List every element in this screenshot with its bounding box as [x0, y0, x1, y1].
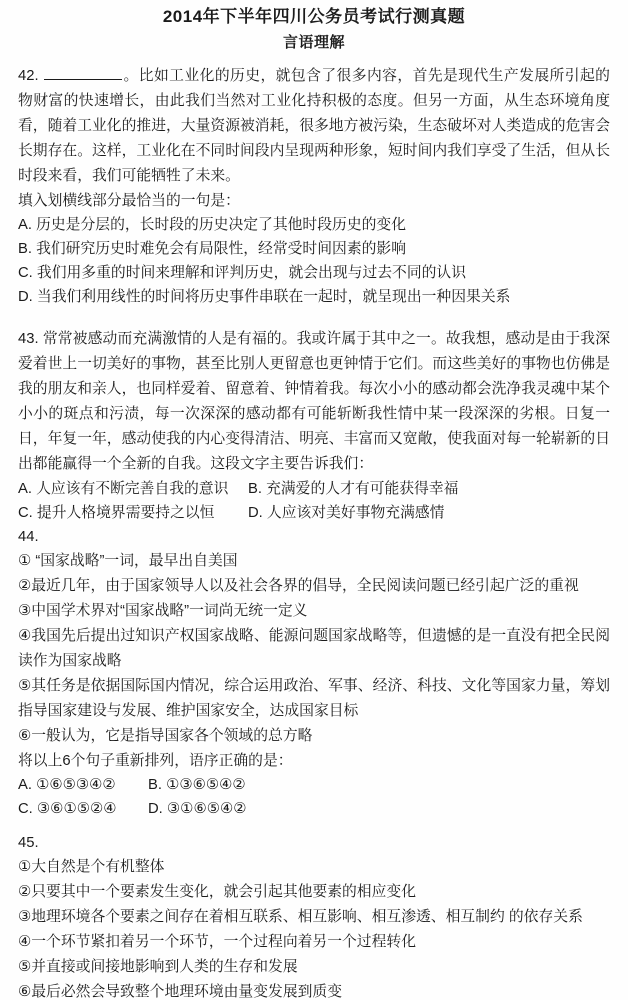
question-42-option-d: D. 当我们利用线性的时间将历史事件串联在一起时，就呈现出一种因果关系: [18, 285, 610, 309]
question-44-sentence-4: ④我国先后提出过知识产权国家战略、能源问题国家战略等，但遗憾的是一直没有把全民阅…: [18, 624, 610, 674]
question-45-sentence-5: ⑤并直接或间接地影响到人类的生存和发展: [18, 955, 610, 980]
question-43-paragraph: 43. 常常被感动而充满激情的人是有福的。我或许属于其中之一。故我想，感动是由于…: [18, 327, 610, 477]
question-45: 45. ①大自然是个有机整体 ②只要其中一个要素发生变化，就会引起其他要素的相应…: [18, 831, 610, 1000]
question-44-option-a: A. ①⑥⑤③④②: [18, 773, 148, 797]
question-42-stem: 填入划横线部分最恰当的一句是：: [18, 189, 610, 213]
blank-line: [44, 64, 122, 80]
question-44-stem: 将以上6个句子重新排列，语序正确的是：: [18, 749, 610, 773]
question-42-option-b: B. 我们研究历史时难免会有局限性，经常受时间因素的影响: [18, 237, 610, 261]
question-45-sentence-4: ④一个环节紧扣着另一个环节，一个过程向着另一个过程转化: [18, 930, 610, 955]
question-43-option-c: C. 提升人格境界需要持之以恒: [18, 501, 248, 525]
page-title: 2014年下半年四川公务员考试行测真题: [18, 6, 610, 28]
question-43-options-row-2: C. 提升人格境界需要持之以恒 D. 人应该对美好事物充满感情: [18, 501, 610, 525]
question-44-number: 44.: [18, 525, 610, 549]
question-43-option-d: D. 人应该对美好事物充满感情: [248, 501, 610, 525]
question-44-option-b: B. ①③⑥⑤④②: [148, 773, 610, 797]
question-42-option-a: A. 历史是分层的，长时段的历史决定了其他时段历史的变化: [18, 213, 610, 237]
question-45-sentence-3: ③地理环境各个要素之间存在着相互联系、相互影响、相互渗透、相互制约 的依存关系: [18, 905, 610, 930]
question-44-option-d: D. ③①⑥⑤④②: [148, 797, 610, 821]
question-45-sentence-6: ⑥最后必然会导致整个地理环境由量变发展到质变: [18, 980, 610, 1000]
question-43-options-row-1: A. 人应该有不断完善自我的意识 B. 充满爱的人才有可能获得幸福: [18, 477, 610, 501]
question-43: 43. 常常被感动而充满激情的人是有福的。我或许属于其中之一。故我想，感动是由于…: [18, 327, 610, 525]
question-45-number: 45.: [18, 831, 610, 855]
question-42: 42. 。比如工业化的历史，就包含了很多内容，首先是现代生产发展所引起的物财富的…: [18, 64, 610, 309]
question-44-sentence-1: ① “国家战略”一词，最早出自美国: [18, 549, 610, 574]
question-45-sentence-2: ②只要其中一个要素发生变化，就会引起其他要素的相应变化: [18, 880, 610, 905]
question-44-options-row-2: C. ③⑥①⑤②④ D. ③①⑥⑤④②: [18, 797, 610, 821]
question-44-sentence-5: ⑤其任务是依据国际国内情况，综合运用政治、军事、经济、科技、文化等国家力量，筹划…: [18, 674, 610, 724]
question-44-option-c: C. ③⑥①⑤②④: [18, 797, 148, 821]
section-subtitle: 言语理解: [18, 33, 610, 53]
question-44-sentence-3: ③中国学术界对“国家战略”一词尚无统一定义: [18, 599, 610, 624]
question-44: 44. ① “国家战略”一词，最早出自美国 ②最近几年，由于国家领导人以及社会各…: [18, 525, 610, 821]
question-42-paragraph: 42. 。比如工业化的历史，就包含了很多内容，首先是现代生产发展所引起的物财富的…: [18, 64, 610, 189]
question-45-sentences: ①大自然是个有机整体 ②只要其中一个要素发生变化，就会引起其他要素的相应变化 ③…: [18, 855, 610, 1000]
question-42-body: 。比如工业化的历史，就包含了很多内容，首先是现代生产发展所引起的物财富的快速增长…: [18, 68, 610, 184]
question-44-sentence-6: ⑥一般认为，它是指导国家各个领域的总方略: [18, 724, 610, 749]
question-44-options-row-1: A. ①⑥⑤③④② B. ①③⑥⑤④②: [18, 773, 610, 797]
question-43-option-b: B. 充满爱的人才有可能获得幸福: [248, 477, 610, 501]
question-44-sentences: ① “国家战略”一词，最早出自美国 ②最近几年，由于国家领导人以及社会各界的倡导…: [18, 549, 610, 749]
question-43-option-a: A. 人应该有不断完善自我的意识: [18, 477, 248, 501]
question-44-sentence-2: ②最近几年，由于国家领导人以及社会各界的倡导，全民阅读问题已经引起广泛的重视: [18, 574, 610, 599]
exam-page: 2014年下半年四川公务员考试行测真题 言语理解 42. 。比如工业化的历史，就…: [0, 0, 628, 1000]
question-45-sentence-1: ①大自然是个有机整体: [18, 855, 610, 880]
question-42-option-c: C. 我们用多重的时间来理解和评判历史，就会出现与过去不同的认识: [18, 261, 610, 285]
question-42-number: 42.: [18, 68, 39, 84]
